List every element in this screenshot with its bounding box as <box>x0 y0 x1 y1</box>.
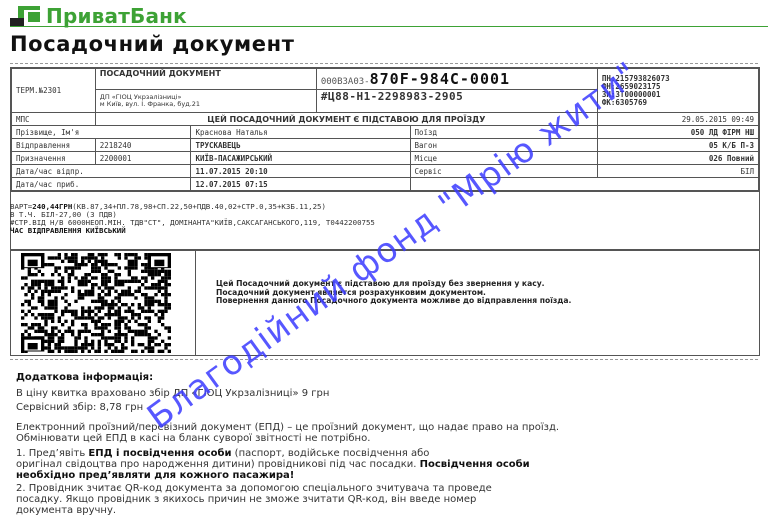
step1-text: оригінал свідоцтва про народження дитини… <box>16 459 420 470</box>
epd-line: Обмінювати цей ЕПД в касі на бланк сувор… <box>16 433 559 444</box>
step1-text: (паспорт, водійське посвідчення або <box>231 448 429 459</box>
service-fee: Сервісний збір: 8,78 грн <box>16 402 143 413</box>
time-zone-note: ЧАС ВІДПРАВЛЕННЯ КИЇВСЬКИЙ <box>10 227 375 235</box>
departure-label: Дата/час відпр. <box>12 165 191 178</box>
qr-notice: Цей Посадочний документ є підставою для … <box>216 280 571 306</box>
step-2: 2. Провідник зчитає QR-код документа за … <box>16 483 492 516</box>
price-details: ВАРТ=240,44ГРН(КВ.87,34+ПЛ.78,98+СП.22,5… <box>10 203 375 235</box>
step-1: 1. Пред’явіть ЕПД і посвідчення особи (п… <box>16 448 530 481</box>
step2-line: посадку. Якщо провідник з якихось причин… <box>16 494 492 505</box>
epd-line: Електронний проїзний/перевізний документ… <box>16 422 559 433</box>
name-label: Прізвище, Ім'я <box>12 126 191 139</box>
from-label: Відправлення <box>12 139 96 152</box>
passenger-name: Краснова Наталья <box>191 126 410 139</box>
step1-text: 1. Пред’явіть <box>16 448 88 459</box>
dashed-divider <box>10 359 758 360</box>
doc-code-main: 870F-984C-0001 <box>370 70 510 88</box>
to-code: 2200001 <box>95 152 191 165</box>
arrival-label: Дата/час приб. <box>12 178 191 191</box>
qr-code <box>21 253 171 353</box>
doc-code: 000B3A03-870F-984C-0001 <box>316 69 597 90</box>
brand-name: ПриватБанк <box>46 4 187 28</box>
step2-line: 2. Провідник зчитає QR-код документа за … <box>16 483 492 494</box>
dashed-divider <box>10 63 758 64</box>
departure-value: 11.07.2015 20:10 <box>191 165 410 178</box>
to-station: КИЇВ-ПАСАЖИРСЬКИЙ <box>191 152 410 165</box>
arrival-value: 12.07.2015 07:15 <box>191 178 410 191</box>
from-station: ТРУСКАВЕЦЬ <box>191 139 410 152</box>
step1-bold: Посвідчення особи <box>420 459 530 470</box>
privatbank-logo-icon <box>10 6 40 26</box>
qr-divider <box>195 251 196 355</box>
mps-label: МПС <box>12 113 96 126</box>
seat-value: 026 Повний <box>597 152 758 165</box>
brand-divider <box>10 26 768 27</box>
qr-notice-line: Повернення данного Посадочного документа… <box>216 297 571 306</box>
additional-heading: Додаткова інформація: <box>16 372 153 383</box>
terminal-number: ТЕРМ.№2301 <box>12 69 96 113</box>
step1-bold: ЕПД і посвідчення особи <box>88 448 231 459</box>
service-value: БІЛ <box>597 165 758 178</box>
car-value: 05 К/Б П-3 <box>597 139 758 152</box>
step2-line: документа вручну. <box>16 505 492 516</box>
page-title: Посадочний документ <box>10 32 295 56</box>
epd-info: Електронний проїзний/перевізний документ… <box>16 422 559 444</box>
doc-type: ПОСАДОЧНИЙ ДОКУМЕНТ <box>95 69 316 90</box>
ticket-table: ТЕРМ.№2301 ПОСАДОЧНИЙ ДОКУМЕНТ 000B3A03-… <box>10 67 760 192</box>
from-code: 2218240 <box>95 139 191 152</box>
doc-code-prefix: 000B3A03- <box>321 77 370 87</box>
privatbank-logo: ПриватБанк <box>10 4 187 28</box>
validity-notice: ЦЕЙ ПОСАДОЧНИЙ ДОКУМЕНТ Є ПІДСТАВОЮ ДЛЯ … <box>95 113 597 126</box>
step1-bold: необхідно пред’являти для кожного пасажи… <box>16 470 294 481</box>
issue-datetime: 29.05.2015 09:49 <box>597 113 758 126</box>
train-value: 050 ЛД ФІРМ НШ <box>597 126 758 139</box>
issuer: ДП «ГІОЦ Укрзалізниці» м Київ, вул. І. Ф… <box>95 90 316 113</box>
to-label: Призначення <box>12 152 96 165</box>
issuer-address: м Київ, вул. І. Франка, буд.21 <box>100 101 312 109</box>
